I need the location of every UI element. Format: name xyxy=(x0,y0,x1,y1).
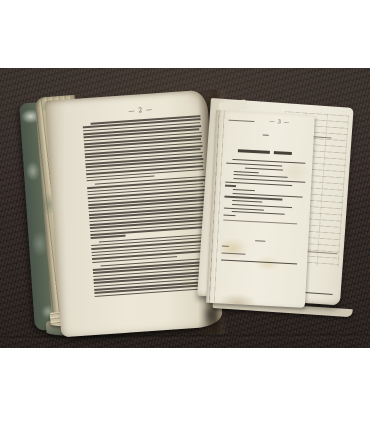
section-mark xyxy=(228,133,304,138)
right-page-number: — 3 — xyxy=(254,118,304,127)
section-heading xyxy=(227,149,303,156)
right-page-text-block: — 3 — xyxy=(221,117,304,265)
leather-surface: — 2 — — 3 — xyxy=(0,68,370,348)
below-rule-notes xyxy=(221,239,298,258)
footnote-line xyxy=(221,259,297,264)
photo-of-open-book: — 2 — — 3 — xyxy=(0,0,370,423)
intro-paragraph xyxy=(226,159,302,171)
horizontal-rule xyxy=(223,220,297,225)
numbered-list xyxy=(223,170,301,219)
right-page-header-note xyxy=(228,119,254,121)
left-page: — 2 — xyxy=(45,90,223,338)
right-top-page: — 3 — xyxy=(206,110,315,308)
left-page-paragraphs xyxy=(83,115,213,297)
left-page-text-block: — 2 — xyxy=(82,103,213,300)
right-page-header-row: — 3 — xyxy=(228,117,304,127)
